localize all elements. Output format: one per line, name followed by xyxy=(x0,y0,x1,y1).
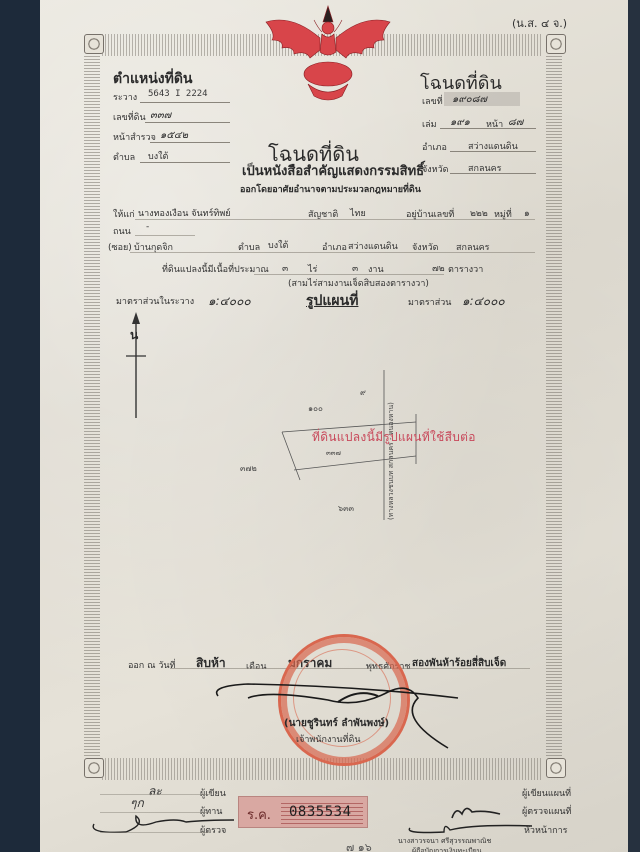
road-label: ถนน xyxy=(113,224,131,238)
road-label: (ทางหลวงชนบท สกลนคร - หนองหาน) xyxy=(386,402,397,520)
corner-ornament-icon xyxy=(546,758,566,778)
pencil-note: ๗ ๑๖ xyxy=(346,838,372,852)
province-label: จังหวัด xyxy=(422,162,449,176)
land-location-heading: ตำแหน่งที่ดิน xyxy=(113,68,193,90)
road-value: - xyxy=(146,222,149,232)
right-signatures xyxy=(404,796,534,836)
nationality-value: ไทย xyxy=(350,206,366,220)
role-writer: ผู้เขียน xyxy=(200,786,226,800)
parcel-no-value: ๓๓๗ xyxy=(150,108,171,123)
background-edge xyxy=(628,0,640,852)
north-label: น xyxy=(130,326,138,345)
area-ngan-value: ๓ xyxy=(352,261,358,275)
corner-ornament-icon xyxy=(84,758,104,778)
map-scale-right-value: ๑:๔๐๐๐ xyxy=(462,292,505,311)
owner-tambon-value: บงใต้ xyxy=(268,238,288,252)
area-in-words: (สามไร่สามงานเจ็ดสิบสองตารางวา) xyxy=(288,276,429,290)
corner-ornament-icon xyxy=(84,34,104,54)
parcel-label-north: ๙ xyxy=(360,386,366,399)
role-reviewer: ผู้ทาน xyxy=(200,804,222,818)
role-inspector: ผู้ตรวจ xyxy=(200,823,226,837)
parcel-label-own: ๓๓๗ xyxy=(326,448,341,459)
parcel-no-label: เลขที่ดิน xyxy=(113,110,146,124)
map-continuation-stamp: ที่ดินแปลงนี้มีรูปแผนที่ใช้สืบต่อ xyxy=(312,428,476,447)
map-heading: รูปแผนที่ xyxy=(306,290,358,312)
official-name: (นายชูรินทร์ ลำพันพงษ์) xyxy=(284,716,389,731)
parcel-label-west-north: ๑๐๐ xyxy=(308,402,323,415)
serial-number-box: ร.ค. 0835534 xyxy=(238,796,368,828)
official-title: เจ้าพนักงานที่ดิน xyxy=(296,732,360,746)
area-sqwa-label: ตารางวา xyxy=(448,262,483,276)
guilloche-border-left xyxy=(84,56,100,756)
deed-number-value: ๑๙๐๘๗ xyxy=(452,92,487,107)
volume-label: เล่ม xyxy=(422,117,437,131)
tambon-value: บงใต้ xyxy=(148,149,168,163)
map-sheet-label: ระวาง xyxy=(113,90,137,104)
issued-on-label: ออก ณ วันที่ xyxy=(128,658,175,672)
serial-prefix: ร.ค. xyxy=(247,804,271,825)
given-to-label: ให้แก่ xyxy=(113,207,135,221)
map-sheet-value: 5643 I 2224 xyxy=(148,89,208,99)
issued-day: สิบห้า xyxy=(196,654,226,673)
serial-number: 0835534 xyxy=(289,804,352,820)
map-scale-right-label: มาตราส่วน xyxy=(408,295,451,309)
map-scale-left-value: ๑:๔๐๐๐ xyxy=(208,292,251,311)
area-intro: ที่ดินแปลงนี้มีเนื้อที่ประมาณ xyxy=(162,262,269,276)
writer-initials: ละ xyxy=(148,782,162,801)
survey-page-value: ๑๕๔๒ xyxy=(160,128,188,143)
soi-label: (ซอย) xyxy=(108,240,132,254)
corner-ornament-icon xyxy=(546,34,566,54)
parcel-label-south: ๖๓๓ xyxy=(338,502,354,515)
garuda-emblem-icon xyxy=(262,4,394,104)
area-rai-value: ๓ xyxy=(282,261,288,275)
parcel-label-west: ๓๗๒ xyxy=(240,462,257,475)
form-code: (น.ส. ๔ จ.) xyxy=(512,14,567,32)
guilloche-border-right xyxy=(546,56,562,756)
owner-amphoe-value: สว่างแดนดิน xyxy=(348,239,398,253)
area-sqwa-value: ๗๒ xyxy=(432,261,445,275)
document-subtitle: เป็นหนังสือสำคัญแสดงกรรมสิทธิ์ xyxy=(242,160,424,181)
moo-value: ๑ xyxy=(524,206,530,220)
tambon-label: ตำบล xyxy=(113,150,135,164)
map-scale-left-label: มาตราส่วนในระวาง xyxy=(116,294,194,308)
amphoe-label: อำเภอ xyxy=(422,140,447,154)
deed-number-label: เลขที่ xyxy=(422,94,443,108)
owner-name: นางทองเงือน จันทร์ทิพย์ xyxy=(138,206,231,220)
head-note: ผู้ถือบัญการเงินทะเบียน xyxy=(412,846,482,852)
issuing-authority: ออกโดยอาศัยอำนาจตามประมวลกฎหมายที่ดิน xyxy=(240,182,421,196)
house-no-value: ๒๒๒ xyxy=(470,206,488,220)
month-label: เดือน xyxy=(246,659,266,673)
